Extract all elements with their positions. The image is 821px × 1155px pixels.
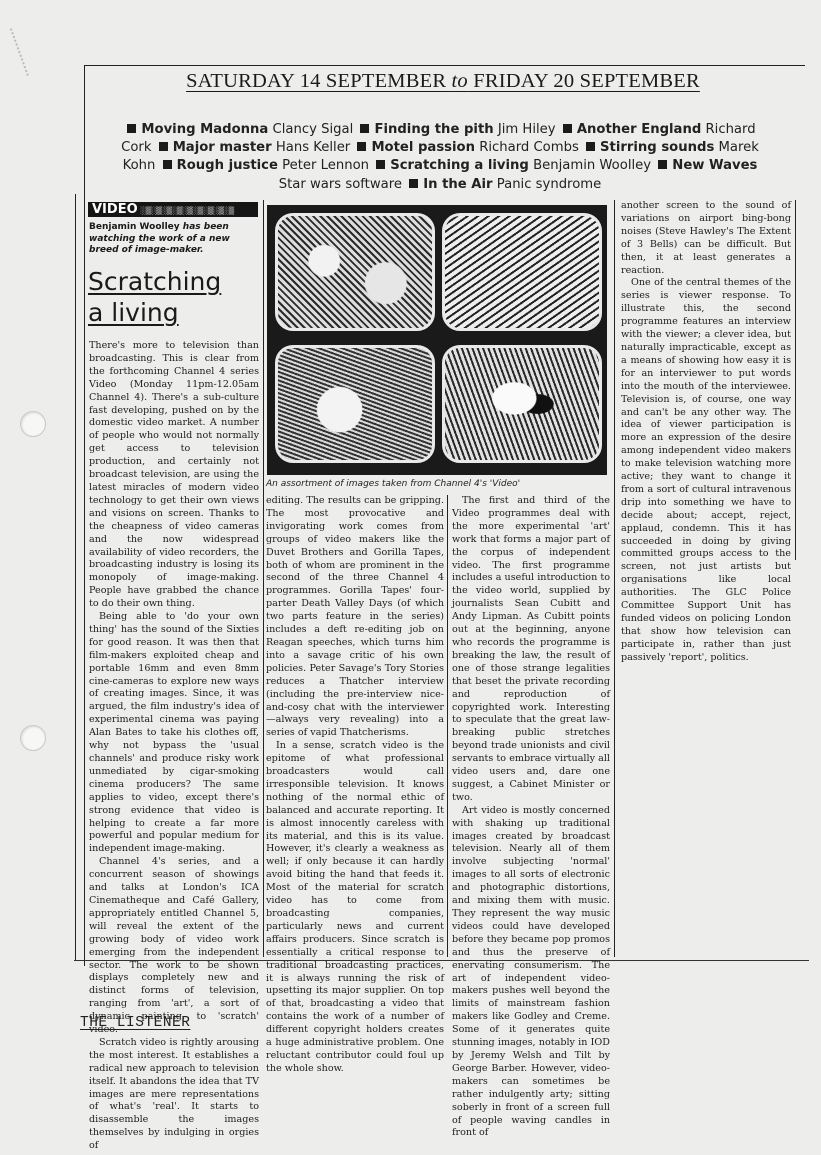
headline-line-2: a living — [88, 297, 179, 328]
contents-author: Benjamin Woolley — [533, 158, 651, 173]
contents-item: Scratching a living Benjamin Woolley — [373, 158, 651, 173]
contents-author: Jim Hiley — [498, 122, 556, 137]
section-label: VIDEO — [92, 202, 138, 217]
column-rule — [447, 495, 448, 957]
square-bullet-icon — [563, 124, 572, 133]
contents-item: Moving Madonna Clancy Sigal — [124, 122, 353, 137]
headline-line-1: Scratching — [88, 266, 221, 297]
square-bullet-icon — [360, 124, 369, 133]
video-still-2 — [442, 213, 602, 331]
contents-list: Moving Madonna Clancy Sigal Finding the … — [120, 121, 760, 194]
contents-author: Peter Lennon — [282, 158, 369, 173]
square-bullet-icon — [658, 160, 667, 169]
contents-title: New Waves — [672, 158, 757, 173]
contents-title: Stirring sounds — [600, 140, 714, 155]
article-column-1: There's more to television than broadcas… — [89, 340, 259, 1153]
video-still-3 — [275, 345, 435, 463]
square-bullet-icon — [159, 142, 168, 151]
contents-title: Motel passion — [371, 140, 475, 155]
paragraph: editing. The results can be gripping. Th… — [266, 495, 444, 740]
header-title-start: SATURDAY 14 SEPTEMBER — [186, 70, 451, 92]
banner-texture: ░▒░▒░▒░▒░▒░▒░▒░▒░▒ — [141, 207, 234, 215]
square-bullet-icon — [586, 142, 595, 151]
punch-hole-top — [20, 411, 46, 437]
contents-item: Rough justice Peter Lennon — [160, 158, 369, 173]
image-caption: An assortment of images taken from Chann… — [266, 479, 611, 489]
standfirst: Benjamin Woolley has been watching the w… — [89, 222, 259, 257]
contents-author: Hans Keller — [276, 140, 350, 155]
contents-item: Motel passion Richard Combs — [354, 140, 578, 155]
video-still-4 — [442, 345, 602, 463]
column-rule — [263, 200, 264, 957]
column-rule — [614, 200, 615, 957]
contents-title: In the Air — [423, 177, 492, 192]
square-bullet-icon — [357, 142, 366, 151]
paragraph: One of the central themes of the series … — [621, 277, 791, 664]
square-bullet-icon — [163, 160, 172, 169]
paragraph: There's more to television than broadcas… — [89, 340, 259, 611]
header-title-end: FRIDAY 20 SEPTEMBER — [468, 70, 700, 92]
column-rule — [795, 200, 796, 560]
square-bullet-icon — [127, 124, 136, 133]
article-headline: Scratching a living — [88, 266, 258, 328]
paragraph: Scratch video is rightly arousing the mo… — [89, 1037, 259, 1153]
frame-left-rule — [75, 194, 76, 960]
contents-item: In the Air Panic syndrome — [406, 177, 601, 192]
paragraph: Being able to 'do your own thing' has th… — [89, 611, 259, 856]
contents-item: Finding the pith Jim Hiley — [357, 122, 555, 137]
standfirst-author: Benjamin Woolley — [89, 222, 180, 232]
paragraph: In a sense, scratch video is the epitome… — [266, 740, 444, 1076]
article-column-3: The first and third of the Video program… — [452, 495, 610, 1140]
contents-title: Rough justice — [177, 158, 278, 173]
contents-author: Star wars software — [279, 177, 402, 192]
video-still-1 — [275, 213, 435, 331]
header-title-connector: to — [452, 70, 468, 92]
pencil-mark — [10, 24, 40, 76]
contents-title: Scratching a living — [390, 158, 529, 173]
article-column-4: another screen to the sound of variation… — [621, 200, 791, 665]
section-banner: VIDEO░▒░▒░▒░▒░▒░▒░▒░▒░▒ — [88, 202, 258, 217]
contents-author: Panic syndrome — [497, 177, 601, 192]
paragraph: Channel 4's series, and a concurrent sea… — [89, 856, 259, 1037]
publication-footer: THE LISTENER — [80, 1015, 190, 1031]
paragraph: Art video is mostly concerned with shaki… — [452, 805, 610, 1141]
paragraph: The first and third of the Video program… — [452, 495, 610, 805]
page-date-header: SATURDAY 14 SEPTEMBER to FRIDAY 20 SEPTE… — [178, 70, 708, 93]
contents-title: Another England — [577, 122, 701, 137]
article-column-2: editing. The results can be gripping. Th… — [266, 495, 444, 1076]
contents-author: Clancy Sigal — [273, 122, 354, 137]
square-bullet-icon — [376, 160, 385, 169]
punch-hole-bottom — [20, 725, 46, 751]
contents-title: Moving Madonna — [141, 122, 268, 137]
contents-author: Richard Combs — [479, 140, 579, 155]
video-stills-image — [267, 205, 607, 475]
contents-item: Major master Hans Keller — [156, 140, 351, 155]
contents-title: Finding the pith — [374, 122, 493, 137]
square-bullet-icon — [409, 179, 418, 188]
paragraph: another screen to the sound of variation… — [621, 200, 791, 277]
contents-title: Major master — [173, 140, 272, 155]
